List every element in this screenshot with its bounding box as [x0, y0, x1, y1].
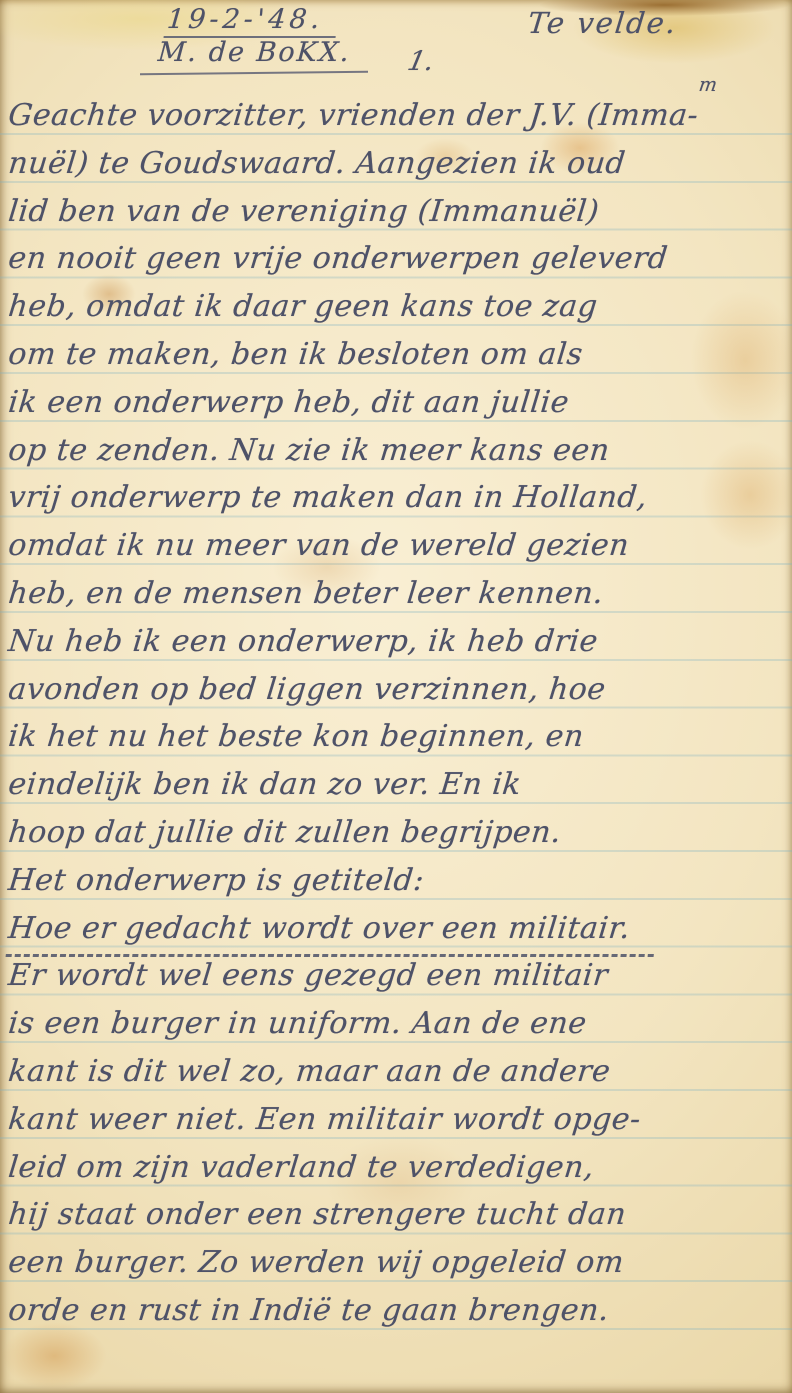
line-text: orde en rust in Indië te gaan brengen.	[6, 1287, 612, 1335]
handwritten-line: vrij onderwerp te maken dan in Holland,	[0, 474, 792, 522]
handwritten-line: hoop dat jullie dit zullen begrijpen.	[0, 809, 792, 857]
handwritten-line: Er wordt wel eens gezegd een militair	[0, 952, 792, 1000]
page-number: 1.	[405, 46, 437, 77]
line-text: Er wordt wel eens gezegd een militair	[6, 952, 610, 1000]
handwritten-line: Het onderwerp is getiteld:	[0, 857, 792, 905]
line-text: kant weer niet. Een militair wordt opge-	[6, 1096, 643, 1144]
line-text: om te maken, ben ik besloten om als	[6, 331, 585, 379]
line-text: Geachte voorzitter, vrienden der J.V. (I…	[6, 92, 701, 140]
handwritten-line: heb, omdat ik daar geen kans toe zag	[0, 283, 792, 331]
handwritten-line: Nu heb ik een onderwerp, ik heb drie	[0, 618, 792, 666]
handwritten-line: op te zenden. Nu zie ik meer kans een	[0, 427, 792, 475]
line-text: leid om zijn vaderland te verdedigen,	[6, 1144, 596, 1192]
handwritten-line: een burger. Zo werden wij opgeleid om	[0, 1239, 792, 1287]
handwritten-line: eindelijk ben ik dan zo ver. En ik	[0, 761, 792, 809]
author-underline	[140, 71, 368, 75]
line-text: ik een onderwerp heb, dit aan jullie	[6, 379, 571, 427]
line-text: heb, omdat ik daar geen kans toe zag	[6, 283, 600, 331]
line-text: kant is dit wel zo, maar aan de andere	[6, 1048, 613, 1096]
handwritten-line: avonden op bed liggen verzinnen, hoe	[0, 666, 792, 714]
line-text: omdat ik nu meer van de wereld gezien	[6, 522, 632, 570]
handwritten-line: kant is dit wel zo, maar aan de andere	[0, 1048, 792, 1096]
line-text: op te zenden. Nu zie ik meer kans een	[6, 427, 612, 475]
line-text: eindelijk ben ik dan zo ver. En ik	[6, 761, 524, 809]
handwritten-line: nuël) te Goudswaard. Aangezien ik oud	[0, 140, 792, 188]
handwritten-line: omdat ik nu meer van de wereld gezien	[0, 522, 792, 570]
line-text: Hoe er gedacht wordt over een militair.	[6, 905, 659, 957]
handwritten-line: orde en rust in Indië te gaan brengen.	[0, 1287, 792, 1335]
subject-title-line: Hoe er gedacht wordt over een militair.	[0, 905, 792, 953]
line-text: nuël) te Goudswaard. Aangezien ik oud	[6, 140, 628, 188]
line-text: een burger. Zo werden wij opgeleid om	[6, 1239, 626, 1287]
line-text: vrij onderwerp te maken dan in Holland,	[6, 474, 650, 522]
handwritten-line: kant weer niet. Een militair wordt opge-	[0, 1096, 792, 1144]
handwritten-line: hij staat onder een strengere tucht dan	[0, 1191, 792, 1239]
line-text: hij staat onder een strengere tucht dan	[6, 1191, 629, 1239]
letter-author: M. de BoKX.	[157, 37, 352, 68]
letter-date: 19-2-'48.	[164, 4, 339, 38]
handwritten-line: leid om zijn vaderland te verdedigen,	[0, 1144, 792, 1192]
handwritten-line: Geachte voorzitter, vrienden der J.V. (I…	[0, 92, 792, 140]
handwritten-line: en nooit geen vrije onderwerpen geleverd	[0, 235, 792, 283]
letter-body: Geachte voorzitter, vrienden der J.V. (I…	[0, 92, 792, 1335]
line-text: Nu heb ik een onderwerp, ik heb drie	[6, 618, 600, 666]
line-text: ik het nu het beste kon beginnen, en	[6, 713, 586, 761]
handwritten-line: lid ben van de vereniging (Immanuël)	[0, 188, 792, 236]
handwritten-line: ik een onderwerp heb, dit aan jullie	[0, 379, 792, 427]
line-text: en nooit geen vrije onderwerpen geleverd	[6, 235, 670, 283]
line-text: hoop dat jullie dit zullen begrijpen.	[6, 809, 564, 857]
handwritten-line: heb, en de mensen beter leer kennen.	[0, 570, 792, 618]
line-text: lid ben van de vereniging (Immanuël)	[6, 188, 602, 236]
line-text: avonden op bed liggen verzinnen, hoe	[6, 666, 608, 714]
line-text: Het onderwerp is getiteld:	[6, 857, 427, 905]
line-text: is een burger in uniform. Aan de ene	[6, 1000, 589, 1048]
handwritten-line: ik het nu het beste kon beginnen, en	[0, 713, 792, 761]
letter-page: 19-2-'48. M. de BoKX. 1. Te velde. m Gea…	[0, 0, 792, 1393]
line-text: heb, en de mensen beter leer kennen.	[6, 570, 606, 618]
handwritten-line: om te maken, ben ik besloten om als	[0, 331, 792, 379]
handwritten-line: is een burger in uniform. Aan de ene	[0, 1000, 792, 1048]
location-note: Te velde.	[526, 6, 679, 40]
